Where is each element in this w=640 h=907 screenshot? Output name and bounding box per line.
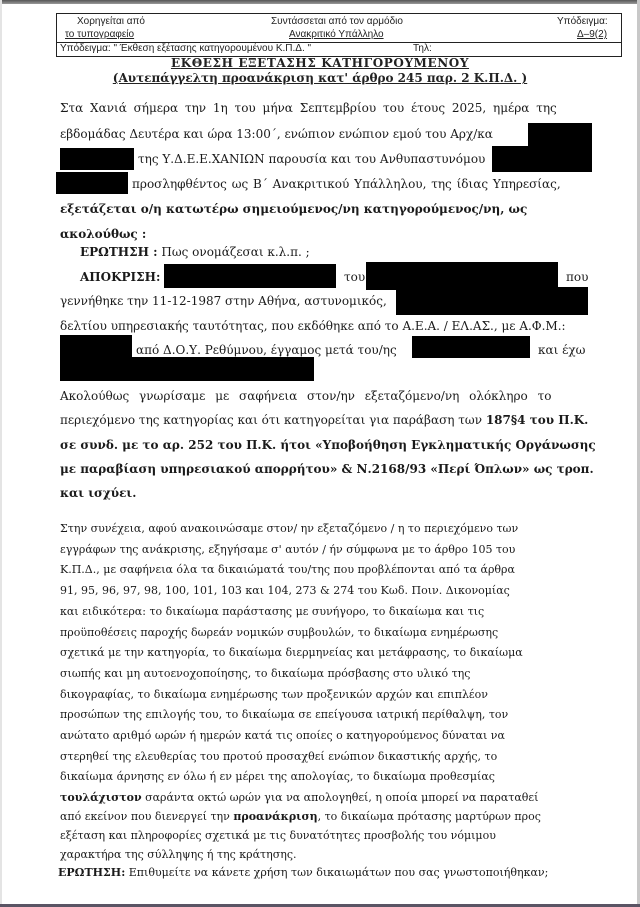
charges-line-3: σε συνδ. με το αρ. 252 του Π.Κ. ήτοι «Υπ… [60,438,596,452]
rights-line: δικογραφίας, το δικαίωμα ενημέρωσης των … [60,688,594,701]
answer-label: ΑΠΟΚΡΙΣΗ: [80,270,160,284]
document-title: ΕΚΘΕΣΗ ΕΞΕΤΑΣΗΣ ΚΑΤΗΓΟΡΟΥΜΕΝΟΥ [0,56,640,70]
model-name: Υπόδειγμα: " Έκθεση εξέτασης κατηγορουμέ… [60,43,311,54]
rights-line-14: τουλάχιστον σαράντα οκτώ ωρών για να απο… [60,791,538,804]
intro-line-3: της Υ.Δ.Ε.Ε.ΧΑΝΙΩΝ παρουσία και του Ανθυ… [138,152,485,166]
rights-emphasis: προανάκριση [233,810,317,823]
intro-line-5: εξετάζεται ο/η κατωτέρω σημειούμενος/νη … [60,202,527,216]
redacted-block [60,148,134,170]
rights-line: στερηθεί της ελευθερίας του προτού προσα… [60,750,594,763]
rights-line-15-text: , το δικαίωμα πρότασης μαρτύρων προς [318,810,541,823]
rights-line: Στην συνέχεια, αφού ανακοινώσαμε στον/ η… [60,522,594,535]
compiled-by-line2: Ανακριτικό Υπάλληλο [289,29,384,40]
charges-article: 187§4 του Π.Κ. [486,413,589,427]
question-text: Πως ονομάζεσαι κ.λ.π. ; [161,245,309,259]
rights-line: δικαίωμα άρνησης εν όλω ή εν μέρει της α… [60,770,594,783]
redacted-block [56,172,128,194]
document-subtitle: (Αυτεπάγγελτη προανάκριση κατ' άρθρο 245… [0,71,640,85]
page-top-edge [0,0,640,4]
rights-line: σιωπής και μη αυτοενοχοποίησης, το δικαί… [60,667,594,680]
question-label: ΕΡΩΤΗΣΗ: [58,866,125,879]
answer-line-2: γεννήθηκε την 11-12-1987 στην Αθήνα, αστ… [60,294,387,308]
rights-line-15: από εκείνον που διενεργεί την προανάκρισ… [60,810,541,823]
rights-line: και ειδικότερα: το δικαίωμα παράστασης μ… [60,605,594,618]
rights-line: ανώτατο αριθμό ωρών ή ημερών κατά τις οπ… [60,729,594,742]
answer-who: που [566,270,588,284]
intro-line-6: ακολούθως : [60,227,146,241]
rights-line-17: χαρακτήρα της σύλληψης ή της κράτησης. [60,848,297,861]
charges-line-5: και ισχύει. [60,486,136,500]
charges-line-4: με παραβίαση υπηρεσιακού απορρήτου» & Ν.… [60,462,594,476]
charges-line-2: περιεχόμενο της κατηγορίας και ότι κατηγ… [60,413,588,427]
intro-line-4: προσληφθέντος ως Β΄ Ανακριτικού Υπάλληλο… [132,177,561,191]
redacted-block [396,287,588,315]
charges-line-2-text: περιεχόμενο της κατηγορίας και ότι κατηγ… [60,413,486,427]
rights-emphasis: τουλάχιστον [60,791,142,804]
answer-line-3: δελτίου υπηρεσιακής ταυτότητας, που εκδό… [60,319,566,333]
supplied-by-line2: το τυπογραφείο [65,29,134,40]
answer-line-4: από Δ.Ο.Υ. Ρεθύμνου, έγγαμος μετά του/ης [136,343,397,357]
rights-line-16: εξέταση και πληροφορίες σχετικά με τις δ… [60,829,496,842]
charges-line-1: Ακολούθως γνωρίσαμε με σαφήνεια στον/ην … [60,389,590,403]
answer-of: του [344,270,365,284]
redacted-block [60,335,132,357]
model-label: Υπόδειγμα: [557,16,608,27]
question-text: Επιθυμείτε να κάνετε χρήση των δικαιωμάτ… [125,866,548,879]
intro-line-2: εβδομάδας Δευτέρα και ώρα 13:00΄, ενώπιο… [60,127,493,141]
form-header-box: Χορηγείται από το τυπογραφείο Συντάσσετα… [56,13,622,57]
rights-line-15-start: από εκείνον που διενεργεί την [60,810,233,823]
question-label: ΕΡΩΤΗΣΗ : [80,245,158,259]
page-left-edge [0,0,2,907]
intro-line-1: Στα Χανιά σήμερα την 1η του μήνα Σεπτεμβ… [60,101,590,115]
redacted-block [366,262,558,290]
rights-line: Κ.Π.Δ., με σαφήνεια όλα τα δικαιώματά το… [60,563,594,576]
model-code: Δ–9(2) [577,29,607,40]
rights-line: εγγράφων της ανάκρισης, εξηγήσαμε σ' αυτ… [60,543,594,556]
rights-line-14-text: σαράντα οκτώ ωρών για να απολογηθεί, η ο… [142,791,539,804]
rights-line: σχετικά με την κατηγορία, το δικαίωμα δι… [60,646,594,659]
compiled-by-line1: Συντάσσεται από τον αρμόδιο [271,16,403,27]
redacted-block [412,336,530,358]
rights-line: προσώπων της επιλογής του, το δικαίωμα σ… [60,708,594,721]
question-1: ΕΡΩΤΗΣΗ : Πως ονομάζεσαι κ.λ.π. ; [80,245,310,259]
rights-line: προϋποθέσεις παροχής δωρεάν νομικών συμβ… [60,626,594,639]
redacted-block [164,264,336,288]
redacted-block [492,146,592,172]
answer-line-4-end: και έχω [538,343,585,357]
rights-line: 91, 95, 96, 97, 98, 100, 101, 103 και 10… [60,584,594,597]
redacted-block [60,357,314,381]
phone-label: Τηλ: [413,43,432,54]
question-2: ΕΡΩΤΗΣΗ: Επιθυμείτε να κάνετε χρήση των … [58,866,548,879]
supplied-by-line1: Χορηγείται από [77,16,145,27]
